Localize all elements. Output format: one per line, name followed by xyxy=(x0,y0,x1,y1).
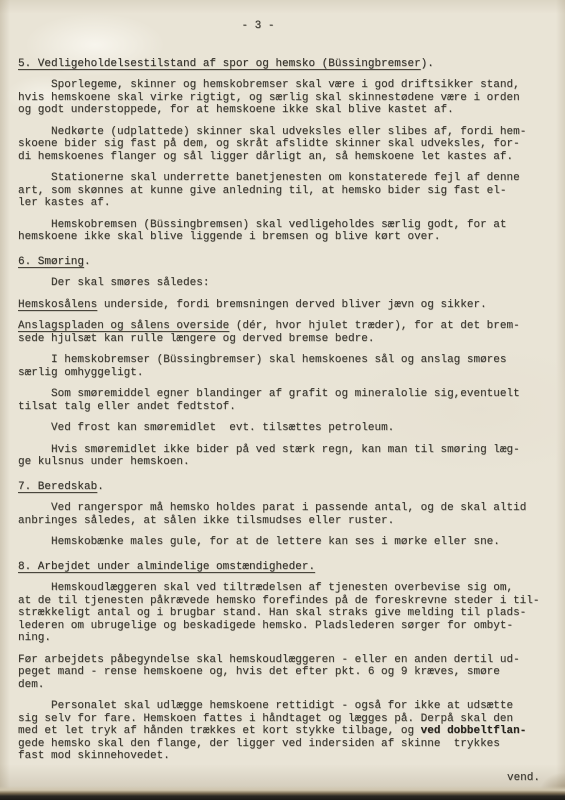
paragraph-6-1: Der skal smøres således: xyxy=(18,277,550,290)
paragraph-5-2: Nedkørte (udplattede) skinner skal udvek… xyxy=(18,126,550,164)
scan-bottom-edge xyxy=(0,786,565,800)
underlined-text: 6. Smøring xyxy=(18,256,84,268)
text-segment: ). xyxy=(421,58,434,70)
page-number: - 3 - xyxy=(18,20,550,33)
section-5-heading: 5. Vedligeholdelsestilstand af spor og h… xyxy=(18,58,550,71)
paragraph-8-3: Personalet skal udlægge hemskoene rettid… xyxy=(18,700,550,763)
paragraph-6-7: Hvis smøremidlet ikke bider på ved stærk… xyxy=(18,444,550,469)
text-segment: Hemskoudlæggeren skal ved tiltrædelsen a… xyxy=(18,582,540,644)
paragraph-8-2: Før arbejdets påbegyndelse skal hemskoud… xyxy=(18,654,550,692)
text-segment: gede hemsko skal den flange, der ligger … xyxy=(18,738,500,763)
paragraph-5-1: Sporlegeme, skinner og hemskobremser ska… xyxy=(18,79,550,117)
underlined-text: Anslagspladen og sålens overside xyxy=(18,320,229,332)
underlined-text: 8. Arbejdet under almindelige omstændigh… xyxy=(18,561,315,573)
text-segment: Hemskobænke males gule, for at de letter… xyxy=(18,536,500,548)
paragraph-7-2: Hemskobænke males gule, for at de letter… xyxy=(18,536,550,549)
scanned-document-page: - 3 -5. Vedligeholdelsestilstand af spor… xyxy=(0,0,565,800)
text-segment: Ved rangerspor må hemsko holdes parat i … xyxy=(18,502,526,527)
underlined-text: 5. Vedligeholdelsestilstand af spor og h… xyxy=(18,58,421,70)
section-6-heading: 6. Smøring. xyxy=(18,256,550,269)
text-segment: vend. xyxy=(507,772,540,784)
text-segment: underside, fordi bremsningen derved bliv… xyxy=(97,299,486,311)
text-segment: Nedkørte (udplattede) skinner skal udvek… xyxy=(18,126,526,163)
text-segment: Som smøremiddel egner blandinger af graf… xyxy=(18,388,520,413)
paragraph-8-1: Hemskoudlæggeren skal ved tiltrædelsen a… xyxy=(18,582,550,645)
bold-text: ved dobbeltflan- xyxy=(421,725,527,737)
text-segment: Der skal smøres således: xyxy=(18,277,209,289)
paragraph-6-4: I hemskobremser (Büssingbremser) skal he… xyxy=(18,354,550,379)
closing-note: vend. xyxy=(18,772,550,785)
text-segment: Stationerne skal underrette banetjeneste… xyxy=(18,172,520,209)
paragraph-6-6: Ved frost kan smøremidlet evt. tilsættes… xyxy=(18,422,550,435)
section-8-heading: 8. Arbejdet under almindelige omstændigh… xyxy=(18,561,550,574)
document-body: - 3 -5. Vedligeholdelsestilstand af spor… xyxy=(0,0,550,784)
text-segment: Hemskobremsen (Büssingbremsen) skal vedl… xyxy=(18,219,507,244)
paragraph-6-5: Som smøremiddel egner blandinger af graf… xyxy=(18,388,550,413)
text-segment: - 3 - xyxy=(241,20,274,32)
text-segment: . xyxy=(84,256,91,268)
text-segment: Sporlegeme, skinner og hemskobremser ska… xyxy=(18,79,520,116)
paragraph-6-3: Anslagspladen og sålens overside (dér, h… xyxy=(18,320,550,345)
paragraph-5-4: Hemskobremsen (Büssingbremsen) skal vedl… xyxy=(18,219,550,244)
text-segment: I hemskobremser (Büssingbremser) skal he… xyxy=(18,354,507,379)
underlined-text: 7. Beredskab xyxy=(18,481,97,493)
text-segment: Før arbejdets påbegyndelse skal hemskoud… xyxy=(18,654,520,691)
text-segment: Hvis smøremidlet ikke bider på ved stærk… xyxy=(18,444,520,469)
paragraph-5-3: Stationerne skal underrette banetjeneste… xyxy=(18,172,550,210)
underlined-text: Hemskosålens xyxy=(18,299,97,311)
paragraph-6-2: Hemskosålens underside, fordi bremsninge… xyxy=(18,299,550,312)
section-7-heading: 7. Beredskab. xyxy=(18,481,550,494)
text-segment: . xyxy=(97,481,104,493)
paragraph-7-1: Ved rangerspor må hemsko holdes parat i … xyxy=(18,502,550,527)
text-segment: Ved frost kan smøremidlet evt. tilsættes… xyxy=(18,422,394,434)
